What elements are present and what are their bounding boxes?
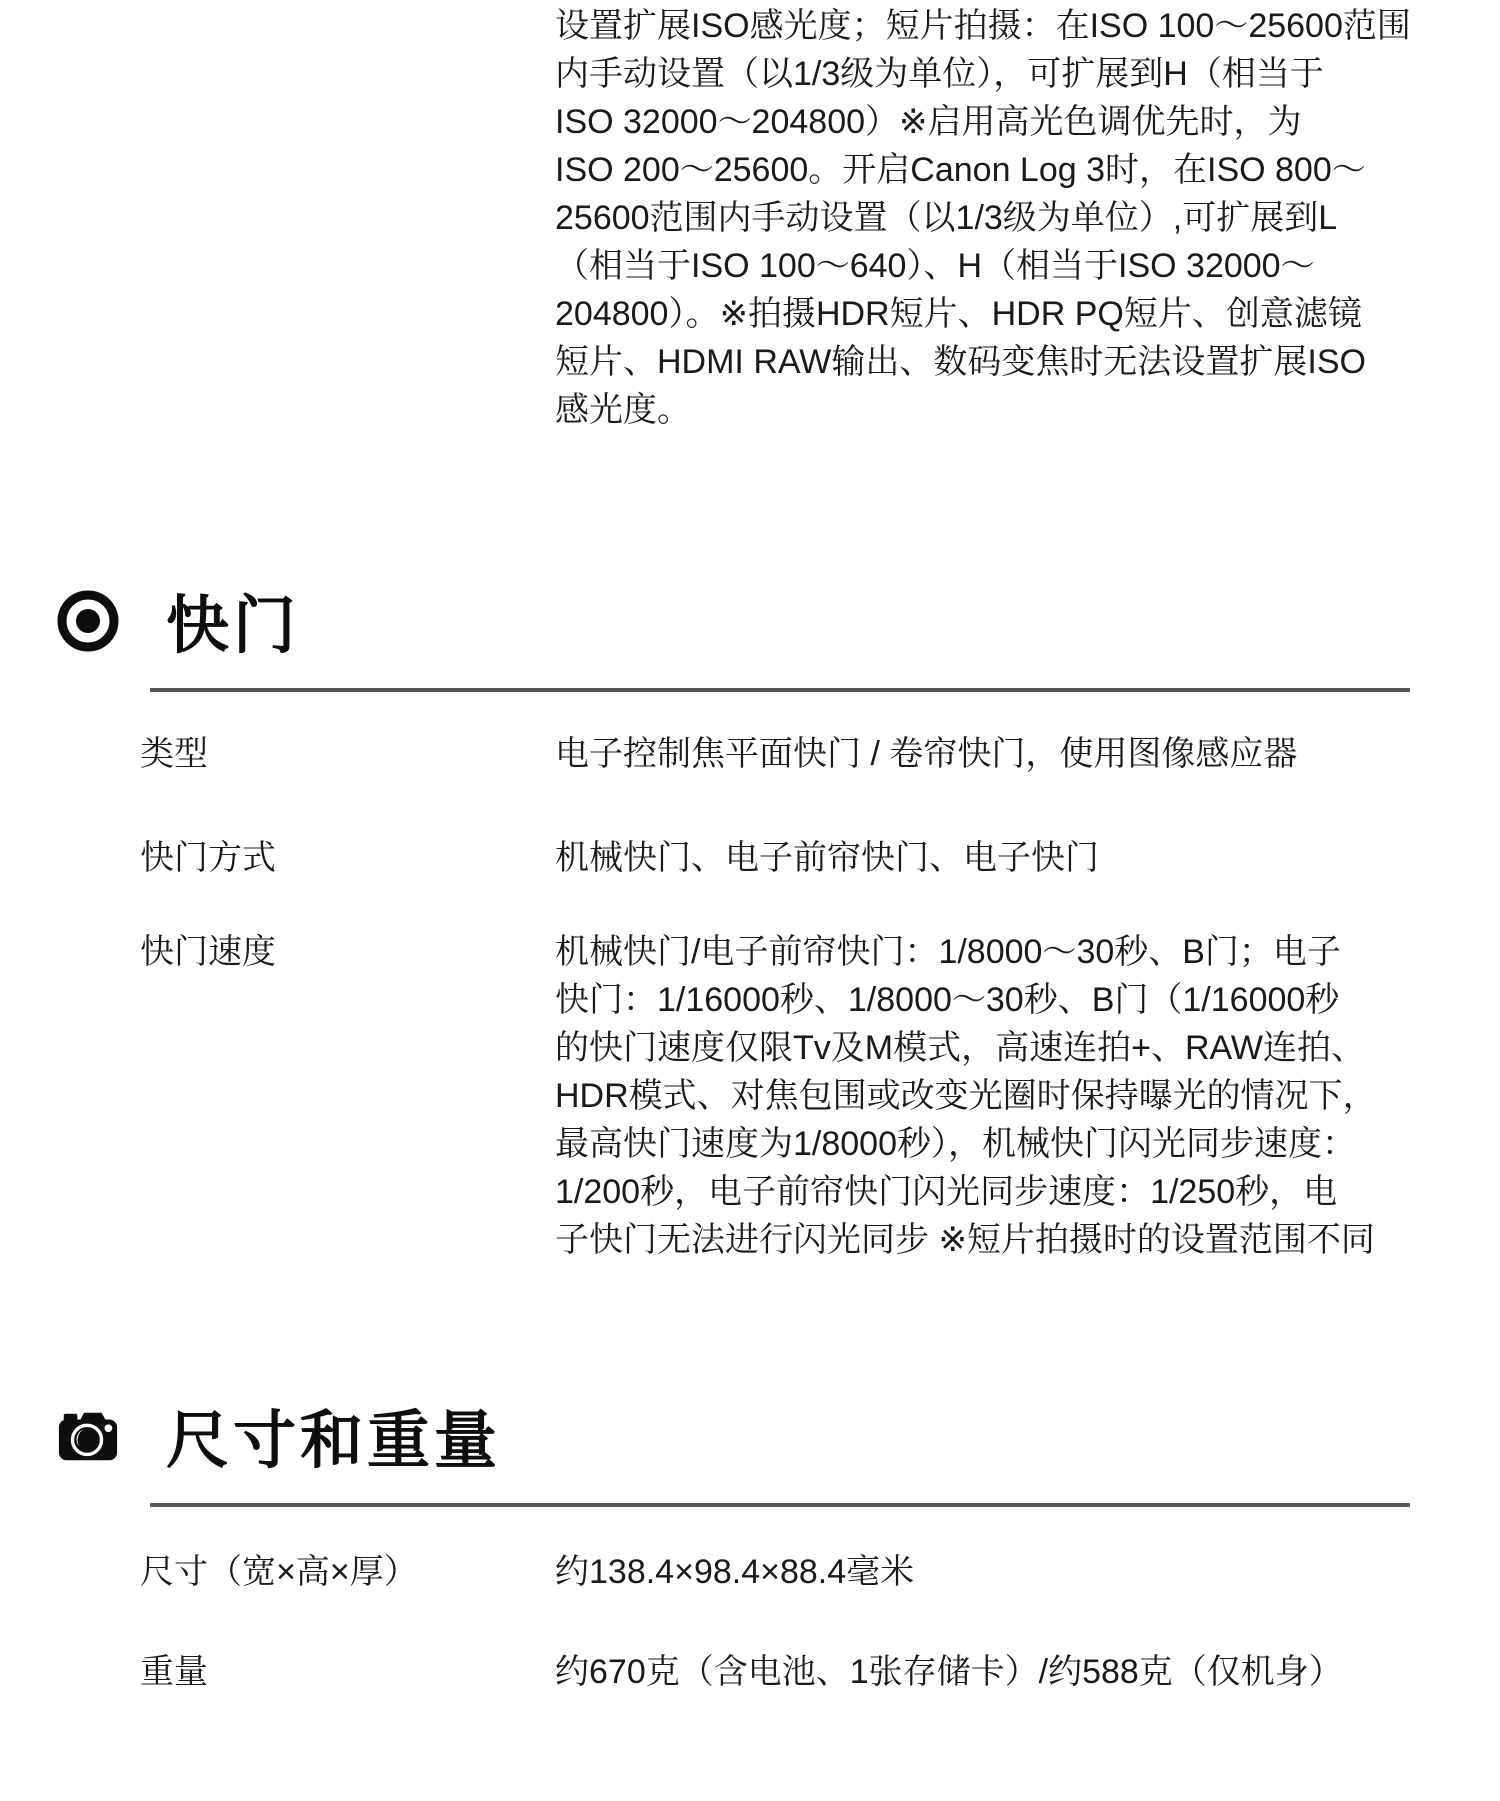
camera-spec-page: 设置扩展ISO感光度；短片拍摄：在ISO 100～25600范围 内手动设置（以… [0,0,1500,1801]
section-title-shutter: 快门 [166,575,300,666]
spec-label-shutter-speed: 快门速度 [140,928,276,976]
camera-icon [56,1404,120,1468]
iso-sensitivity-note: 设置扩展ISO感光度；短片拍摄：在ISO 100～25600范围 内手动设置（以… [555,2,1460,434]
spec-value-dimensions: 约138.4×98.4×88.4毫米 [555,1548,1460,1596]
spec-label-dimensions: 尺寸（宽×高×厚） [140,1548,418,1596]
spec-value-shutter-method: 机械快门、电子前帘快门、电子快门 [555,834,1460,882]
spec-label-weight: 重量 [140,1648,208,1696]
section-divider [150,688,1410,692]
record-icon [56,589,120,653]
section-header-dimensions-weight: 尺寸和重量 [56,1390,501,1481]
section-title-dimensions-weight: 尺寸和重量 [166,1390,501,1481]
spec-value-shutter-speed: 机械快门/电子前帘快门：1/8000～30秒、B门；电子 快门：1/16000秒… [555,928,1460,1264]
spec-label-type: 类型 [140,730,208,778]
section-divider [150,1503,1410,1507]
spec-value-weight: 约670克（含电池、1张存储卡）/约588克（仅机身） [555,1648,1460,1696]
section-header-shutter: 快门 [56,575,300,666]
spec-label-shutter-method: 快门方式 [140,834,276,882]
spec-value-type: 电子控制焦平面快门 / 卷帘快门，使用图像感应器 [555,730,1460,778]
